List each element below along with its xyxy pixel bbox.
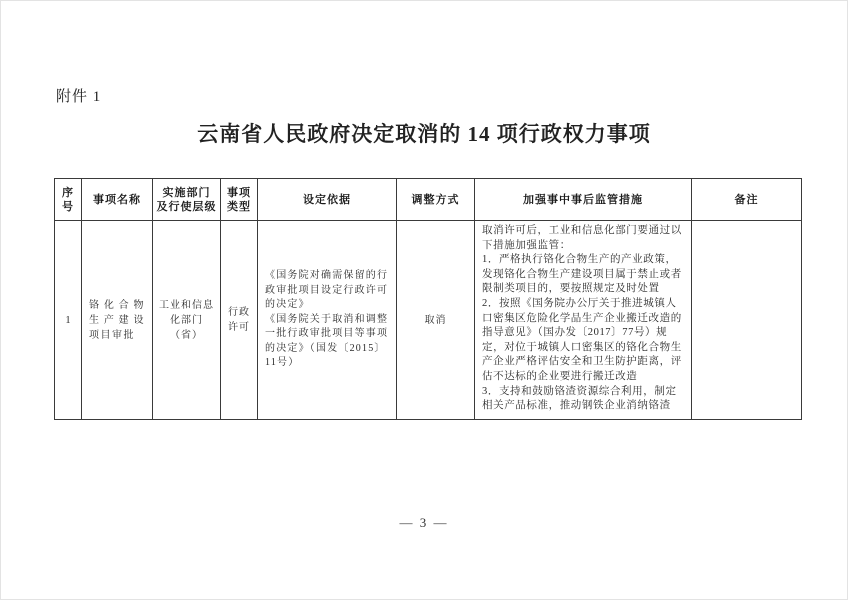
cell-seq: 1 xyxy=(55,221,82,420)
col-header-legal-basis: 设定依据 xyxy=(258,179,397,221)
cell-legal-basis: 《国务院对确需保留的行政审批项目设定行政许可的决定》 《国务院关于取消和调整一批… xyxy=(258,221,397,420)
page-title: 云南省人民政府决定取消的 14 项行政权力事项 xyxy=(1,118,847,148)
attachment-label: 附件 1 xyxy=(56,85,101,106)
cell-remarks xyxy=(692,221,802,420)
col-header-item-type: 事项 类型 xyxy=(221,179,258,221)
col-header-adjustment: 调整方式 xyxy=(397,179,475,221)
document-page: 附件 1 云南省人民政府决定取消的 14 项行政权力事项 序 号 事项名称 实施… xyxy=(0,0,848,600)
footer-page-number: — 3 — xyxy=(1,515,847,531)
cell-department: 工业和信息 化部门（省） xyxy=(153,221,221,420)
col-header-item-name: 事项名称 xyxy=(82,179,153,221)
table-row: 1 铬化合物生产建设项目审批 工业和信息 化部门（省） 行政许可 《国务院对确需… xyxy=(55,221,802,420)
table-header-row: 序 号 事项名称 实施部门 及行使层级 事项 类型 设定依据 调整方式 加强事中… xyxy=(55,179,802,221)
col-header-seq: 序 号 xyxy=(55,179,82,221)
cell-item-type: 行政许可 xyxy=(221,221,258,420)
cell-supervision: 取消许可后，工业和信息化部门要通过以下措施加强监管： 1．严格执行铬化合物生产的… xyxy=(475,221,692,420)
items-table: 序 号 事项名称 实施部门 及行使层级 事项 类型 设定依据 调整方式 加强事中… xyxy=(54,178,802,420)
cell-item-name: 铬化合物生产建设项目审批 xyxy=(82,221,153,420)
cell-adjustment: 取消 xyxy=(397,221,475,420)
col-header-department: 实施部门 及行使层级 xyxy=(153,179,221,221)
col-header-remarks: 备注 xyxy=(692,179,802,221)
col-header-supervision: 加强事中事后监管措施 xyxy=(475,179,692,221)
